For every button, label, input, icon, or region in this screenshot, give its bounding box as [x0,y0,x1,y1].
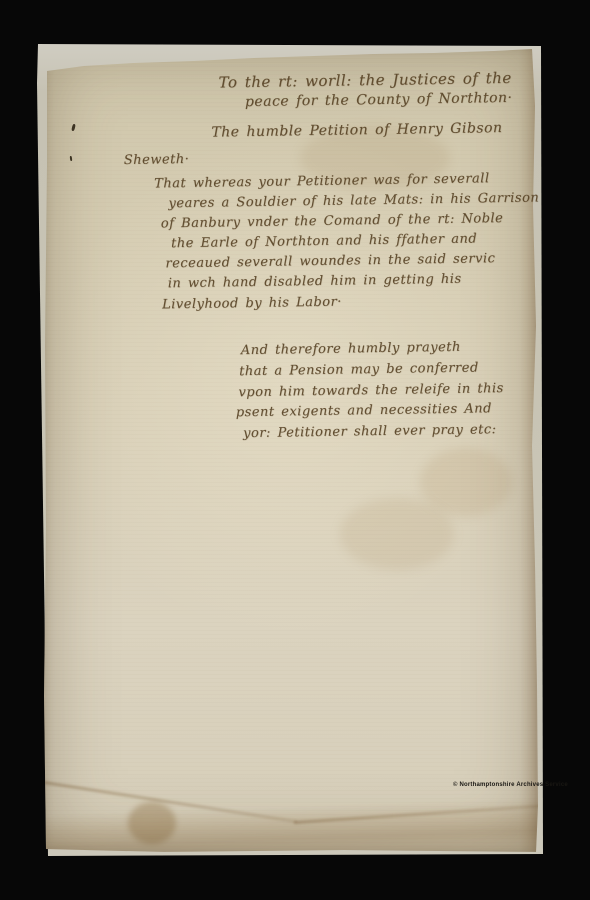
manuscript-page [44,46,538,852]
photo-vignette [44,46,538,852]
archive-watermark: © Northamptonshire Archives Service [453,782,568,788]
photo-canvas: To the rt: worll: the Justices of thepea… [0,0,590,900]
